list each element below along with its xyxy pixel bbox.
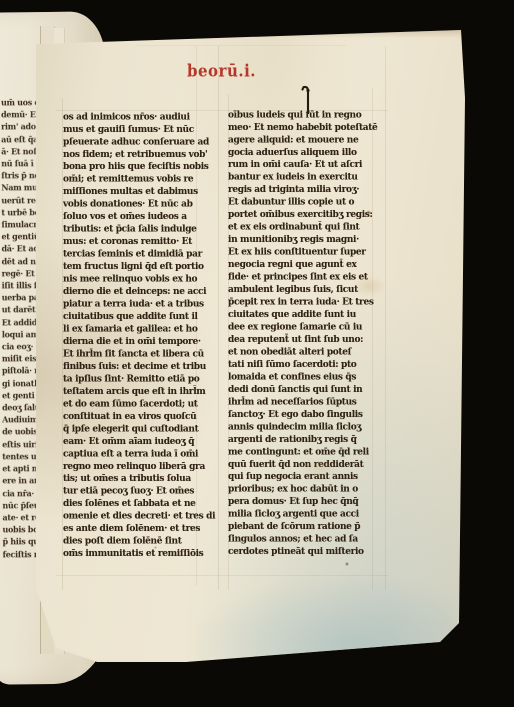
text-line: dies ſolēnes et ſabbata et ne (63, 498, 220, 510)
text-line: pera domus· Et ſup hec q̄nq̄ (228, 496, 388, 508)
running-header: beorū.i. (187, 61, 256, 81)
text-line: om̄s immunitatis et remiſſiōis (63, 548, 220, 560)
text-line: Et dabuntur illis copie ut o (228, 196, 388, 208)
text-line: tati niſi ſūmo ſacerdoti: pto (228, 359, 388, 371)
text-line: in munitionibʒ regis magni· (228, 234, 388, 246)
text-line: tercias ſeminis et dimidiā par (63, 248, 220, 260)
text-line: oībus iudeis qui ſūt in regno (228, 109, 388, 121)
text-line: ta ipſius ſint· Remitto etiā po (63, 373, 220, 385)
text-line: argenti de rationibʒ regis q̄ (228, 433, 388, 445)
text-line: tributis: et p̄cia ſalis indulge (63, 223, 220, 235)
text-line: omenie et dies decreti· et tres di (63, 510, 220, 522)
text-line: bantur ex iudeis in exercitu (228, 171, 388, 183)
text-line: portet om̄ibus exercitibʒ regis: (228, 209, 388, 221)
text-line: meo· Et nemo habebit poteſtatē (228, 121, 388, 133)
text-line: tem fructus ligni q̄d eſt portio (63, 261, 220, 273)
text-line: negocia regni que agunt̄ ex (228, 259, 388, 271)
text-line: Et ihrl̄m ſit ſancta et libera cū (63, 348, 220, 360)
text-line: mus: et coronas remitto· Et (63, 236, 220, 248)
text-line: dierna die et in om̄i tempore· (63, 336, 220, 348)
text-line: annis quindecim milia ſicloʒ (228, 421, 388, 433)
text-line: es ante diem ſolēnem· et tres (63, 523, 220, 535)
text-line: rum in om̄i cauſa· Et ut aſcri (228, 159, 388, 171)
text-line: q̄ ipſe elegerit qui cuſtodiant (63, 423, 220, 435)
text-line: ciuitatibus que addite ſunt il (63, 311, 220, 323)
text-line: p̄cepit rex in terra iuda· Et tres (228, 296, 388, 308)
text-column-left: os ad inimicos nr̄os· audiuimus et gauiſ… (63, 111, 220, 560)
text-line: regno meo relinquo liberā gra (63, 460, 220, 472)
text-line: nis mee relinquo vobis ex ho (63, 273, 220, 285)
text-line: li ex ſamaria et galilea: et ho (63, 323, 220, 335)
text-line: et non obediāt alteri poteſ (228, 346, 388, 358)
text-line: bona pro hiis que feciſtis nobis (63, 161, 220, 173)
text-line: piatur a terra iuda· et a tribus (63, 298, 220, 310)
text-line: et do eam ſūmo ſacerdoti; ut (63, 398, 220, 410)
text-line: dee ex regione ſamarie cū iu (228, 321, 388, 333)
stain (352, 276, 386, 296)
text-line: tur etiā pecoʒ ſuoʒ· Et om̄es (63, 485, 220, 497)
text-line: nos fidem; et retribuemus vob' (63, 148, 220, 160)
text-line: dedi donū ſanctis qui ſunt in (228, 384, 388, 396)
text-line: pſeuerate adhuc conſeruare ad (63, 136, 220, 148)
text-line: regis ad triginta milia viroʒ· (228, 184, 388, 196)
text-line: ciuitates que addite ſunt iu (228, 309, 388, 321)
text-line: finibus ſuis: et decime et tribu (63, 361, 220, 373)
text-line: Et ex hiis conſtituentur ſuper (228, 246, 388, 258)
text-line: ihrl̄m ad neceſſarios ſūptus (228, 396, 388, 408)
text-line: mus et gauiſi ſumus· Et nūc (63, 123, 220, 135)
text-line: conſtituat in ea viros quoſcū (63, 411, 220, 423)
text-line: dies poſt diem ſolēnē ſint (63, 535, 220, 547)
text-line: os ad inimicos nr̄os· audiui (63, 111, 220, 123)
manuscript-page: beorū.i. os ad inimicos nr̄os· audiuimus… (36, 28, 466, 662)
text-line: prioribus; ex hoc dabūt in o (228, 483, 388, 495)
stain (154, 546, 157, 549)
text-line: milia ſicloʒ argenti que acci (228, 508, 388, 520)
text-line: vobis donationes· Et nūc ab (63, 198, 220, 210)
text-line: eam· Et om̄m aīam iudeoʒ q̄ (63, 435, 220, 447)
text-line: teſtatem arcis que eſt in ihrl̄m (63, 386, 220, 398)
text-line: om̄i; et remittemus vobis re (63, 173, 220, 185)
ruling-line (136, 45, 346, 46)
text-line: ſanctoʒ· Et ego dabo ſingulis (228, 409, 388, 421)
text-line: tis; ut om̄es a tributis ſolua (63, 473, 220, 485)
stain (298, 456, 342, 482)
text-line: dierno die et deinceps: ne acci (63, 286, 220, 298)
text-line: agere aliquid: et mouere ne (228, 134, 388, 146)
text-column-right: oībus iudeis qui ſūt in regnomeo· Et nem… (228, 109, 388, 558)
text-line: ſoluo vos et om̄es iudeos a (63, 211, 220, 223)
text-line: piebant de ſcōrum ratione p̄ (228, 521, 388, 533)
photo-backdrop: um̄ uos etdemū· Et mrim' adoētaū eſt q̄a… (0, 0, 514, 707)
stain (345, 562, 349, 566)
text-line: cerdotes ptineāt qui miſterio (228, 546, 388, 558)
text-line: ſingulos annos; et hec ad ſa (228, 533, 388, 545)
text-line: gocia aduerſus aliquem illo (228, 146, 388, 158)
text-line: me contingunt: et om̄e q̄d reli (228, 446, 388, 458)
text-line: captiua eſt a terra iuda ī om̄i (63, 448, 220, 460)
text-line: miſſiones multas et dabimus (63, 186, 220, 198)
text-line: lomaida et confines eius q̄s (228, 371, 388, 383)
text-line: et ex eis ordinabunt̄ qui ſint (228, 221, 388, 233)
vellum-discoloration (186, 576, 456, 662)
stain (366, 210, 371, 215)
text-line: dea reputent̄ ut ſint ſub uno: (228, 334, 388, 346)
